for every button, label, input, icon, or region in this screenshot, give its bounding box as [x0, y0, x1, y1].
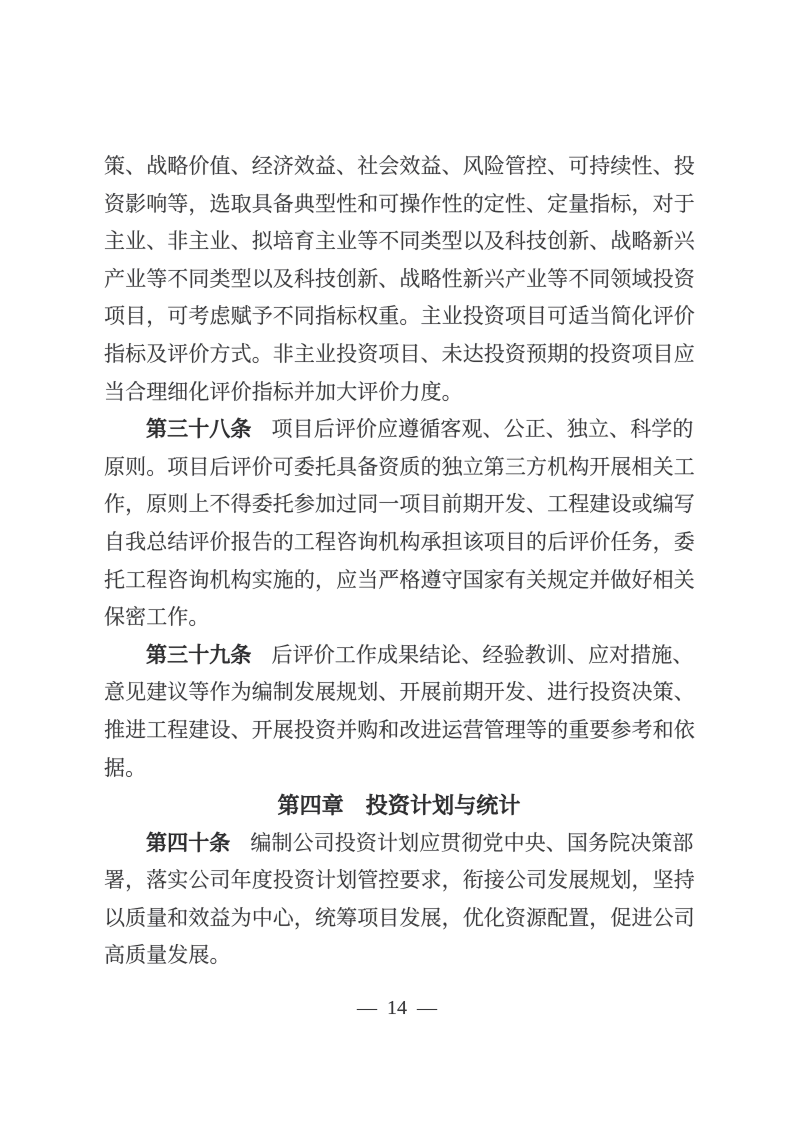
text-line: 以质量和效益为中心，统筹项目发展，优化资源配置，促进公司	[104, 900, 694, 938]
text-line: 署，落实公司年度投资计划管控要求，衔接公司发展规划，坚持	[104, 862, 694, 900]
article-number: 第四十条	[146, 831, 230, 855]
line-text: 产业等不同类型以及科技创新、战略性新兴产业等不同领域投资	[104, 267, 695, 291]
line-text: 投资计划与统计	[366, 793, 521, 818]
text-line: 自我总结评价报告的工程咨询机构承担该项目的后评价任务，委	[104, 524, 694, 562]
line-text: 保密工作。	[104, 605, 210, 629]
text-line: 当合理细化评价指标并加大评价力度。	[104, 374, 694, 412]
chapter-number: 第四章	[277, 793, 343, 818]
text-line: 推进工程建设、开展投资并购和改进运营管理等的重要参考和依	[104, 712, 694, 750]
text-line: 保密工作。	[104, 599, 694, 637]
line-text: 据。	[104, 756, 146, 780]
text-line: 第四十条编制公司投资计划应贯彻党中央、国务院决策部	[104, 825, 694, 863]
text-line: 托工程咨询机构实施的，应当严格遵守国家有关规定并做好相关	[104, 562, 694, 600]
text-line: 主业、非主业、拟培育主业等不同类型以及科技创新、战略新兴	[104, 223, 694, 261]
text-line: 指标及评价方式。非主业投资项目、未达投资预期的投资项目应	[104, 336, 694, 374]
footer-dash-right: —	[417, 997, 437, 1019]
line-text: 署，落实公司年度投资计划管控要求，衔接公司发展规划，坚持	[104, 868, 695, 892]
text-line: 资影响等，选取具备典型性和可操作性的定性、定量指标，对于	[104, 186, 694, 224]
line-text: 指标及评价方式。非主业投资项目、未达投资预期的投资项目应	[104, 342, 695, 366]
page-number: 14	[387, 997, 407, 1019]
line-text: 推进工程建设、开展投资并购和改进运营管理等的重要参考和依	[104, 718, 695, 742]
line-text: 自我总结评价报告的工程咨询机构承担该项目的后评价任务，委	[104, 530, 695, 554]
line-text: 原则。项目后评价可委托具备资质的独立第三方机构开展相关工	[104, 455, 695, 479]
line-text: 编制公司投资计划应贯彻党中央、国务院决策部	[250, 831, 693, 855]
line-text: 意见建议等作为编制发展规划、开展前期开发、进行投资决策、	[104, 680, 695, 704]
line-text: 以质量和效益为中心，统筹项目发展，优化资源配置，促进公司	[104, 906, 695, 930]
line-text: 作，原则上不得委托参加过同一项目前期开发、工程建设或编写	[104, 492, 695, 516]
line-text: 高质量发展。	[104, 943, 231, 967]
line-text: 主业、非主业、拟培育主业等不同类型以及科技创新、战略新兴	[104, 229, 695, 253]
page-footer: —14—	[0, 994, 794, 1022]
line-text: 后评价工作成果结论、经验教训、应对措施、	[272, 643, 694, 667]
text-line: 项目，可考虑赋予不同指标权重。主业投资项目可适当简化评价	[104, 298, 694, 336]
line-text: 资影响等，选取具备典型性和可操作性的定性、定量指标，对于	[104, 192, 695, 216]
text-line: 据。	[104, 750, 694, 788]
text-line: 第三十八条项目后评价应遵循客观、公正、独立、科学的	[104, 411, 694, 449]
line-text: 项目，可考虑赋予不同指标权重。主业投资项目可适当简化评价	[104, 304, 695, 328]
text-line: 第三十九条后评价工作成果结论、经验教训、应对措施、	[104, 637, 694, 675]
chapter-heading: 第四章投资计划与统计	[104, 787, 694, 825]
text-line: 原则。项目后评价可委托具备资质的独立第三方机构开展相关工	[104, 449, 694, 487]
text-line: 意见建议等作为编制发展规划、开展前期开发、进行投资决策、	[104, 674, 694, 712]
text-block: 策、战略价值、经济效益、社会效益、风险管控、可持续性、投资影响等，选取具备典型性…	[104, 148, 694, 975]
footer-dash-left: —	[357, 997, 377, 1019]
article-number: 第三十九条	[146, 643, 252, 667]
article-number: 第三十八条	[146, 417, 252, 441]
line-text: 项目后评价应遵循客观、公正、独立、科学的	[272, 417, 694, 441]
document-page: 策、战略价值、经济效益、社会效益、风险管控、可持续性、投资影响等，选取具备典型性…	[0, 0, 794, 1123]
line-text: 当合理细化评价指标并加大评价力度。	[104, 380, 463, 404]
line-text: 托工程咨询机构实施的，应当严格遵守国家有关规定并做好相关	[104, 568, 695, 592]
text-line: 产业等不同类型以及科技创新、战略性新兴产业等不同领域投资	[104, 261, 694, 299]
line-text: 策、战略价值、经济效益、社会效益、风险管控、可持续性、投	[104, 154, 695, 178]
text-line: 策、战略价值、经济效益、社会效益、风险管控、可持续性、投	[104, 148, 694, 186]
text-line: 高质量发展。	[104, 937, 694, 975]
text-line: 作，原则上不得委托参加过同一项目前期开发、工程建设或编写	[104, 486, 694, 524]
